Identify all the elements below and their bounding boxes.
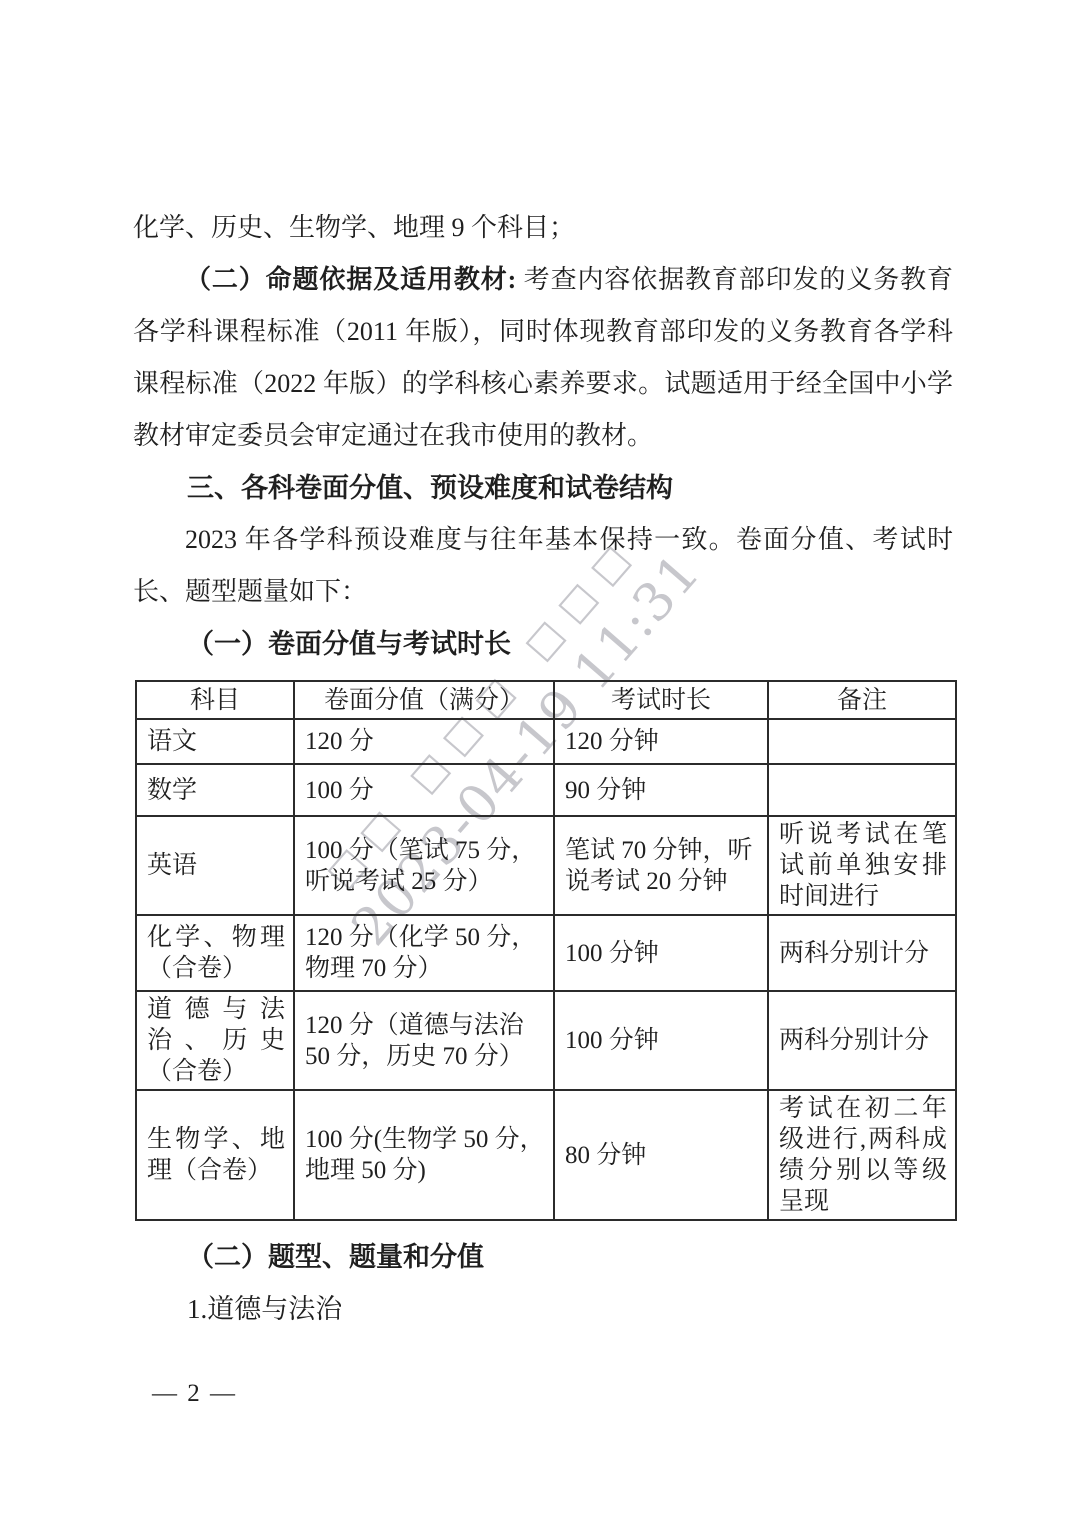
cell-duration: 100 分钟 (554, 915, 768, 991)
cell-remark (768, 719, 956, 764)
heading-section-three: 三、各科卷面分值、预设难度和试卷结构 (133, 462, 953, 514)
cell-subject: 英语 (136, 816, 294, 915)
cell-subject: 数学 (136, 764, 294, 816)
cell-duration: 100 分钟 (554, 991, 768, 1090)
list-item-morality-law: 1.道德与法治 (133, 1283, 953, 1335)
paragraph-exam-basis: （二）命题依据及适用教材: 考查内容依据教育部印发的义务教育各学科课程标准（20… (133, 254, 953, 462)
cell-duration: 120 分钟 (554, 719, 768, 764)
cell-subject: 化学、物理（合卷） (136, 915, 294, 991)
cell-score: 120 分 (294, 719, 554, 764)
cell-duration: 90 分钟 (554, 764, 768, 816)
table-row-english: 英语 100 分（笔试 75 分，听说考试 25 分） 笔试 70 分钟，听说考… (136, 816, 956, 915)
header-remark: 备注 (768, 681, 956, 719)
page-number: — 2 — (152, 1376, 237, 1412)
cell-subject: 道德与法治、历史（合卷） (136, 991, 294, 1090)
header-duration: 考试时长 (554, 681, 768, 719)
cell-remark: 两科分别计分 (768, 991, 956, 1090)
cell-remark: 听说考试在笔试前单独安排时间进行 (768, 816, 956, 915)
cell-subject: 语文 (136, 719, 294, 764)
table-row-biology-geography: 生物学、地理（合卷） 100 分(生物学 50 分，地理 50 分) 80 分钟… (136, 1090, 956, 1220)
header-subject: 科目 (136, 681, 294, 719)
header-score: 卷面分值（满分） (294, 681, 554, 719)
cell-score: 120 分（道德与法治 50 分，历史 70 分） (294, 991, 554, 1090)
cell-score: 100 分（笔试 75 分，听说考试 25 分） (294, 816, 554, 915)
document-body: 化学、历史、生物学、地理 9 个科目； （二）命题依据及适用教材: 考查内容依据… (133, 202, 953, 1335)
cell-score: 100 分 (294, 764, 554, 816)
cell-remark: 考试在初二年级进行,两科成绩分别以等级呈现 (768, 1090, 956, 1220)
table-row-chem-physics: 化学、物理（合卷） 120 分（化学 50 分，物理 70 分） 100 分钟 … (136, 915, 956, 991)
cell-remark (768, 764, 956, 816)
document-page: □□ □□□ □□□ 2023-04-19 11:31 化学、历史、生物学、地理… (0, 0, 1080, 1527)
cell-score: 100 分(生物学 50 分，地理 50 分) (294, 1090, 554, 1220)
heading-subsection-two: （二）题型、题量和分值 (133, 1231, 953, 1283)
cell-subject: 生物学、地理（合卷） (136, 1090, 294, 1220)
table-row-morality-history: 道德与法治、历史（合卷） 120 分（道德与法治 50 分，历史 70 分） 1… (136, 991, 956, 1090)
heading-subsection-one: （一）卷面分值与考试时长 (133, 618, 953, 670)
cell-remark: 两科分别计分 (768, 915, 956, 991)
table-row-chinese: 语文 120 分 120 分钟 (136, 719, 956, 764)
paragraph-difficulty: 2023 年各学科预设难度与往年基本保持一致。卷面分值、考试时长、题型题量如下： (133, 514, 953, 618)
scores-durations-table: 科目 卷面分值（满分） 考试时长 备注 语文 120 分 120 分钟 数学 1… (135, 680, 957, 1221)
cell-duration: 笔试 70 分钟，听说考试 20 分钟 (554, 816, 768, 915)
table-header-row: 科目 卷面分值（满分） 考试时长 备注 (136, 681, 956, 719)
table-row-math: 数学 100 分 90 分钟 (136, 764, 956, 816)
cell-duration: 80 分钟 (554, 1090, 768, 1220)
cell-score: 120 分（化学 50 分，物理 70 分） (294, 915, 554, 991)
paragraph-subjects-continuation: 化学、历史、生物学、地理 9 个科目； (133, 202, 953, 254)
inline-heading-basis: （二）命题依据及适用教材: (185, 265, 516, 294)
